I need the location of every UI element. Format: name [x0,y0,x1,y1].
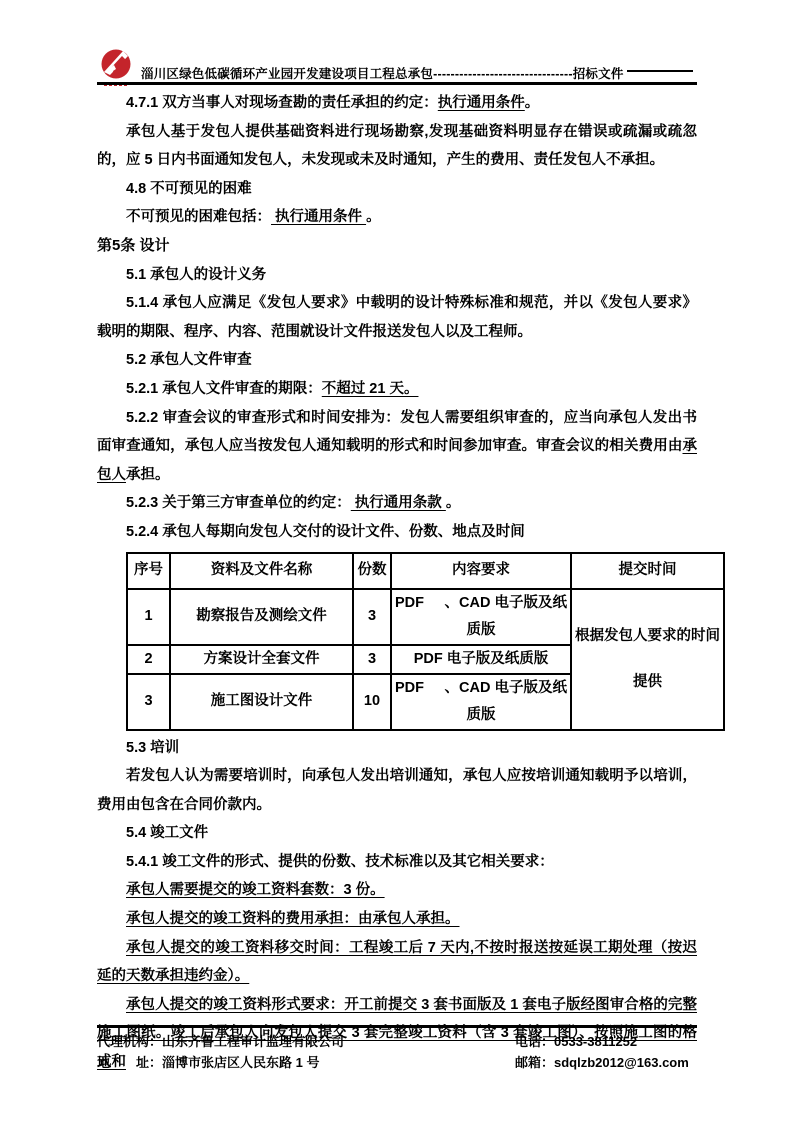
text-run: 。 [366,209,381,225]
filled-blank-text: 承包人需要提交的竣工资料套数：3 份。 [126,882,385,898]
filled-blank-text: 执行通用条件 [438,95,525,111]
cell-copies: 3 [353,645,391,674]
text-run: 第5条 设计 [97,237,170,254]
text-run: 5.2 承包人文件审查 [126,352,252,368]
clause-4-8-body: 不可预见的困难包括： 执行通用条件 。 [97,203,697,232]
header-doc-label: 招标文件 [573,67,624,81]
footer-agency-line: 代理机构：山东齐鲁工程审计监理有限公司 [97,1031,344,1052]
footer-email-line: 邮箱：sdqlzb2012@163.com [515,1052,689,1073]
page-header: 淄川区绿色低碳循环产业园开发建设项目工程总承包-----------------… [141,64,697,82]
text-run: 若发包人认为需要培训时，向承包人发出培训通知，承包人应按培训通知载明予以培训，费… [97,768,697,813]
clause-5-3-body: 若发包人认为需要培训时，向承包人发出培训通知，承包人应按培训通知载明予以培训，费… [97,762,697,819]
clause-5-4-1-item1: 承包人需要提交的竣工资料套数：3 份。 [97,876,697,905]
cell-content-wrap: 质版 [393,702,569,729]
cell-no: 1 [127,589,170,645]
text-run: 。 [525,95,540,111]
header-project-title: 淄川区绿色低碳循环产业园开发建设项目工程总承包 [141,67,433,81]
clause-4-7-1: 4.7.1 双方当事人对现场查勘的责任承担的约定：执行通用条件。 [97,89,697,118]
header-dash-separator: -------------------------------- [433,67,573,81]
cell-content-format: PDF [395,675,424,702]
cell-content-format: PDF [395,590,424,617]
clause-5-4-1-item2: 承包人提交的竣工资料的费用承担：由承包人承担。 [97,905,697,934]
col-header-content: 内容要求 [391,553,571,589]
text-run: 5.2.4 承包人每期向发包人交付的设计文件、份数、地点及时间 [126,524,525,540]
cell-content: PDF 电子版及纸质版 [391,645,571,674]
col-header-time: 提交时间 [571,553,724,589]
clause-4-7-1-body: 承包人基于发包人提供基础资料进行现场勘察,发现基础资料明显存在错误或疏漏或疏忽的… [97,118,697,175]
clause-4-8-heading: 4.8 不可预见的困难 [97,175,697,204]
cell-copies: 10 [353,674,391,730]
filled-blank-text: 不超过 21 天。 [322,381,419,397]
text-run: 5.3 培训 [126,740,179,756]
text-run: 。 [446,495,461,511]
table-header-row: 序号 资料及文件名称 份数 内容要求 提交时间 [127,553,724,589]
col-header-name: 资料及文件名称 [170,553,353,589]
clause-5-2-3: 5.2.3 关于第三方审查单位的约定： 执行通用条款 。 [97,489,697,518]
clause-5-4-heading: 5.4 竣工文件 [97,819,697,848]
text-run: 不可预见的困难包括： [126,209,271,225]
text-run: 承担。 [126,467,170,483]
clause-5-4-1: 5.4.1 竣工文件的形式、提供的份数、技术标准以及其它相关要求： [97,848,697,877]
cell-content-detail: 、CAD 电子版及纸 [445,675,567,702]
text-run: 5.1.4 承包人应满足《发包人要求》中载明的设计特殊标准和规范，并以《发包人要… [97,295,697,340]
text-run: 5.2.2 审查会议的审查形式和时间安排为：发包人需要组织审查的，应当向承包人发… [97,410,697,455]
clause-5-1-heading: 5.1 承包人的设计义务 [97,261,697,290]
clause-5-2-heading: 5.2 承包人文件审查 [97,346,697,375]
document-body: 4.7.1 双方当事人对现场查勘的责任承担的约定：执行通用条件。承包人基于发包人… [97,89,697,1077]
body-before-table: 4.7.1 双方当事人对现场查勘的责任承担的约定：执行通用条件。承包人基于发包人… [97,89,697,547]
cell-content: PDF、CAD 电子版及纸 质版 [391,589,571,645]
text-run: 承包人基于发包人提供基础资料进行现场勘察,发现基础资料明显存在错误或疏漏或疏忽的… [97,124,697,169]
document-page: 淄川区绿色低碳循环产业园开发建设项目工程总承包-----------------… [0,0,793,1121]
clause-5-3-heading: 5.3 培训 [97,734,697,763]
footer-phone-line: 电话：0533-3811252 [515,1031,689,1052]
text-run: 4.7.1 双方当事人对现场查勘的责任承担的约定： [126,95,438,111]
clause-5-2-1: 5.2.1 承包人文件审查的期限：不超过 21 天。 [97,375,697,404]
col-header-copies: 份数 [353,553,391,589]
clause-5-heading: 第5条 设计 [97,232,697,261]
cell-content-detail: 、CAD 电子版及纸 [445,590,567,617]
filled-blank-text: 承包人提交的竣工资料移交时间：工程竣工后 7 天内,不按时报送按延误工期处理（按… [97,940,697,985]
text-run: 5.2.1 承包人文件审查的期限： [126,381,322,397]
cell-no: 2 [127,645,170,674]
text-run: 5.4 竣工文件 [126,825,208,841]
cell-content: PDF、CAD 电子版及纸 质版 [391,674,571,730]
filled-blank-text: 承包人提交的竣工资料的费用承担：由承包人承担。 [126,911,460,927]
text-run: 5.1 承包人的设计义务 [126,267,266,283]
footer-agency-block: 代理机构：山东齐鲁工程审计监理有限公司 地 址：淄博市张店区人民东路 1 号 [97,1031,344,1073]
footer-rule [97,1025,697,1028]
cell-name: 勘察报告及测绘文件 [170,589,353,645]
clause-5-4-1-item3: 承包人提交的竣工资料移交时间：工程竣工后 7 天内,不按时报送按延误工期处理（按… [97,934,697,991]
cell-name: 方案设计全套文件 [170,645,353,674]
filled-blank-text: 执行通用条款 [351,495,446,511]
col-header-no: 序号 [127,553,170,589]
clause-5-2-2: 5.2.2 审查会议的审查形式和时间安排为：发包人需要组织审查的，应当向承包人发… [97,404,697,490]
cell-content-wrap: 质版 [393,617,569,644]
cell-name: 施工图设计文件 [170,674,353,730]
text-run: 5.2.3 关于第三方审查单位的约定： [126,495,351,511]
clause-5-2-4: 5.2.4 承包人每期向发包人交付的设计文件、份数、地点及时间 [97,518,697,547]
header-rule [97,82,697,85]
footer-contact-block: 电话：0533-3811252 邮箱：sdqlzb2012@163.com [515,1031,689,1073]
text-run: 5.4.1 竣工文件的形式、提供的份数、技术标准以及其它相关要求： [126,854,554,870]
cell-copies: 3 [353,589,391,645]
deliverables-table: 序号 资料及文件名称 份数 内容要求 提交时间 1 勘察报告及测绘文件 3 PD… [126,552,725,731]
filled-blank-text: 执行通用条件 [271,209,366,225]
cell-submit-time-merged: 根据发包人要求的时间提供 [571,589,724,730]
cell-no: 3 [127,674,170,730]
clause-5-1-4: 5.1.4 承包人应满足《发包人要求》中载明的设计特殊标准和规范，并以《发包人要… [97,289,697,346]
table-row: 1 勘察报告及测绘文件 3 PDF、CAD 电子版及纸 质版 根据发包人要求的时… [127,589,724,645]
header-short-rule [627,70,693,72]
submit-time-text: 根据发包人要求的时间提供 [573,613,722,705]
text-run: 4.8 不可预见的困难 [126,181,252,197]
footer-address-line: 地 址：淄博市张店区人民东路 1 号 [97,1052,344,1073]
